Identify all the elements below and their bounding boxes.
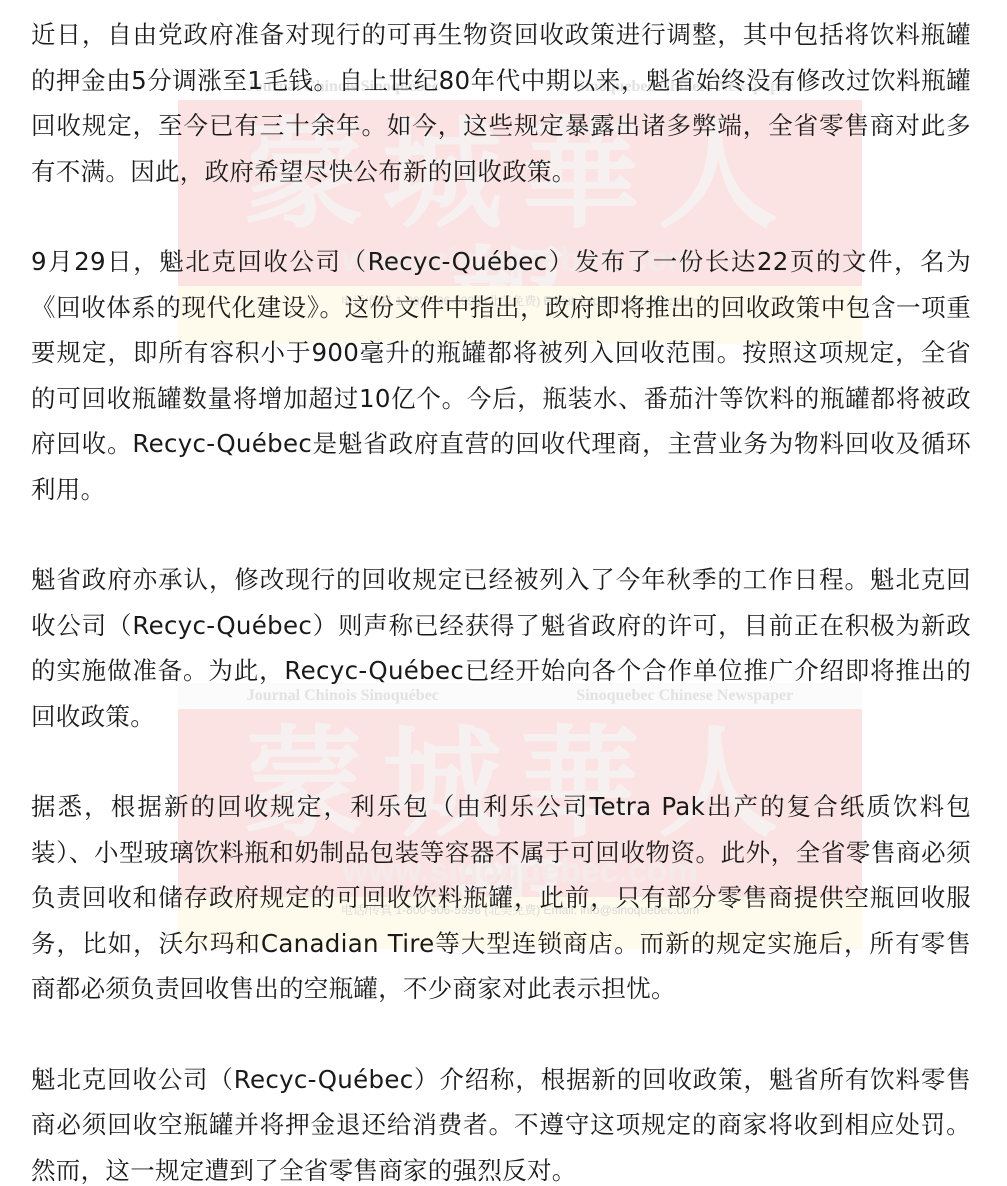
paragraph-2: 9月29日，魁北克回收公司（Recyc-Québec）发布了一份长达22页的文件… <box>31 239 971 512</box>
paragraph-3: 魁省政府亦承认，修改现行的回收规定已经被列入了今年秋季的工作日程。魁北克回收公司… <box>31 557 971 739</box>
article-body: 近日，自由党政府准备对现行的可再生物资回收政策进行调整，其中包括将饮料瓶罐的押金… <box>31 12 971 1186</box>
paragraph-5: 魁北克回收公司（Recyc-Québec）介绍称，根据新的回收政策，魁省所有饮料… <box>31 1057 971 1186</box>
paragraph-1: 近日，自由党政府准备对现行的可再生物资回收政策进行调整，其中包括将饮料瓶罐的押金… <box>31 12 971 194</box>
paragraph-4: 据悉，根据新的回收规定，利乐包（由利乐公司Tetra Pak出产的复合纸质饮料包… <box>31 784 971 1012</box>
